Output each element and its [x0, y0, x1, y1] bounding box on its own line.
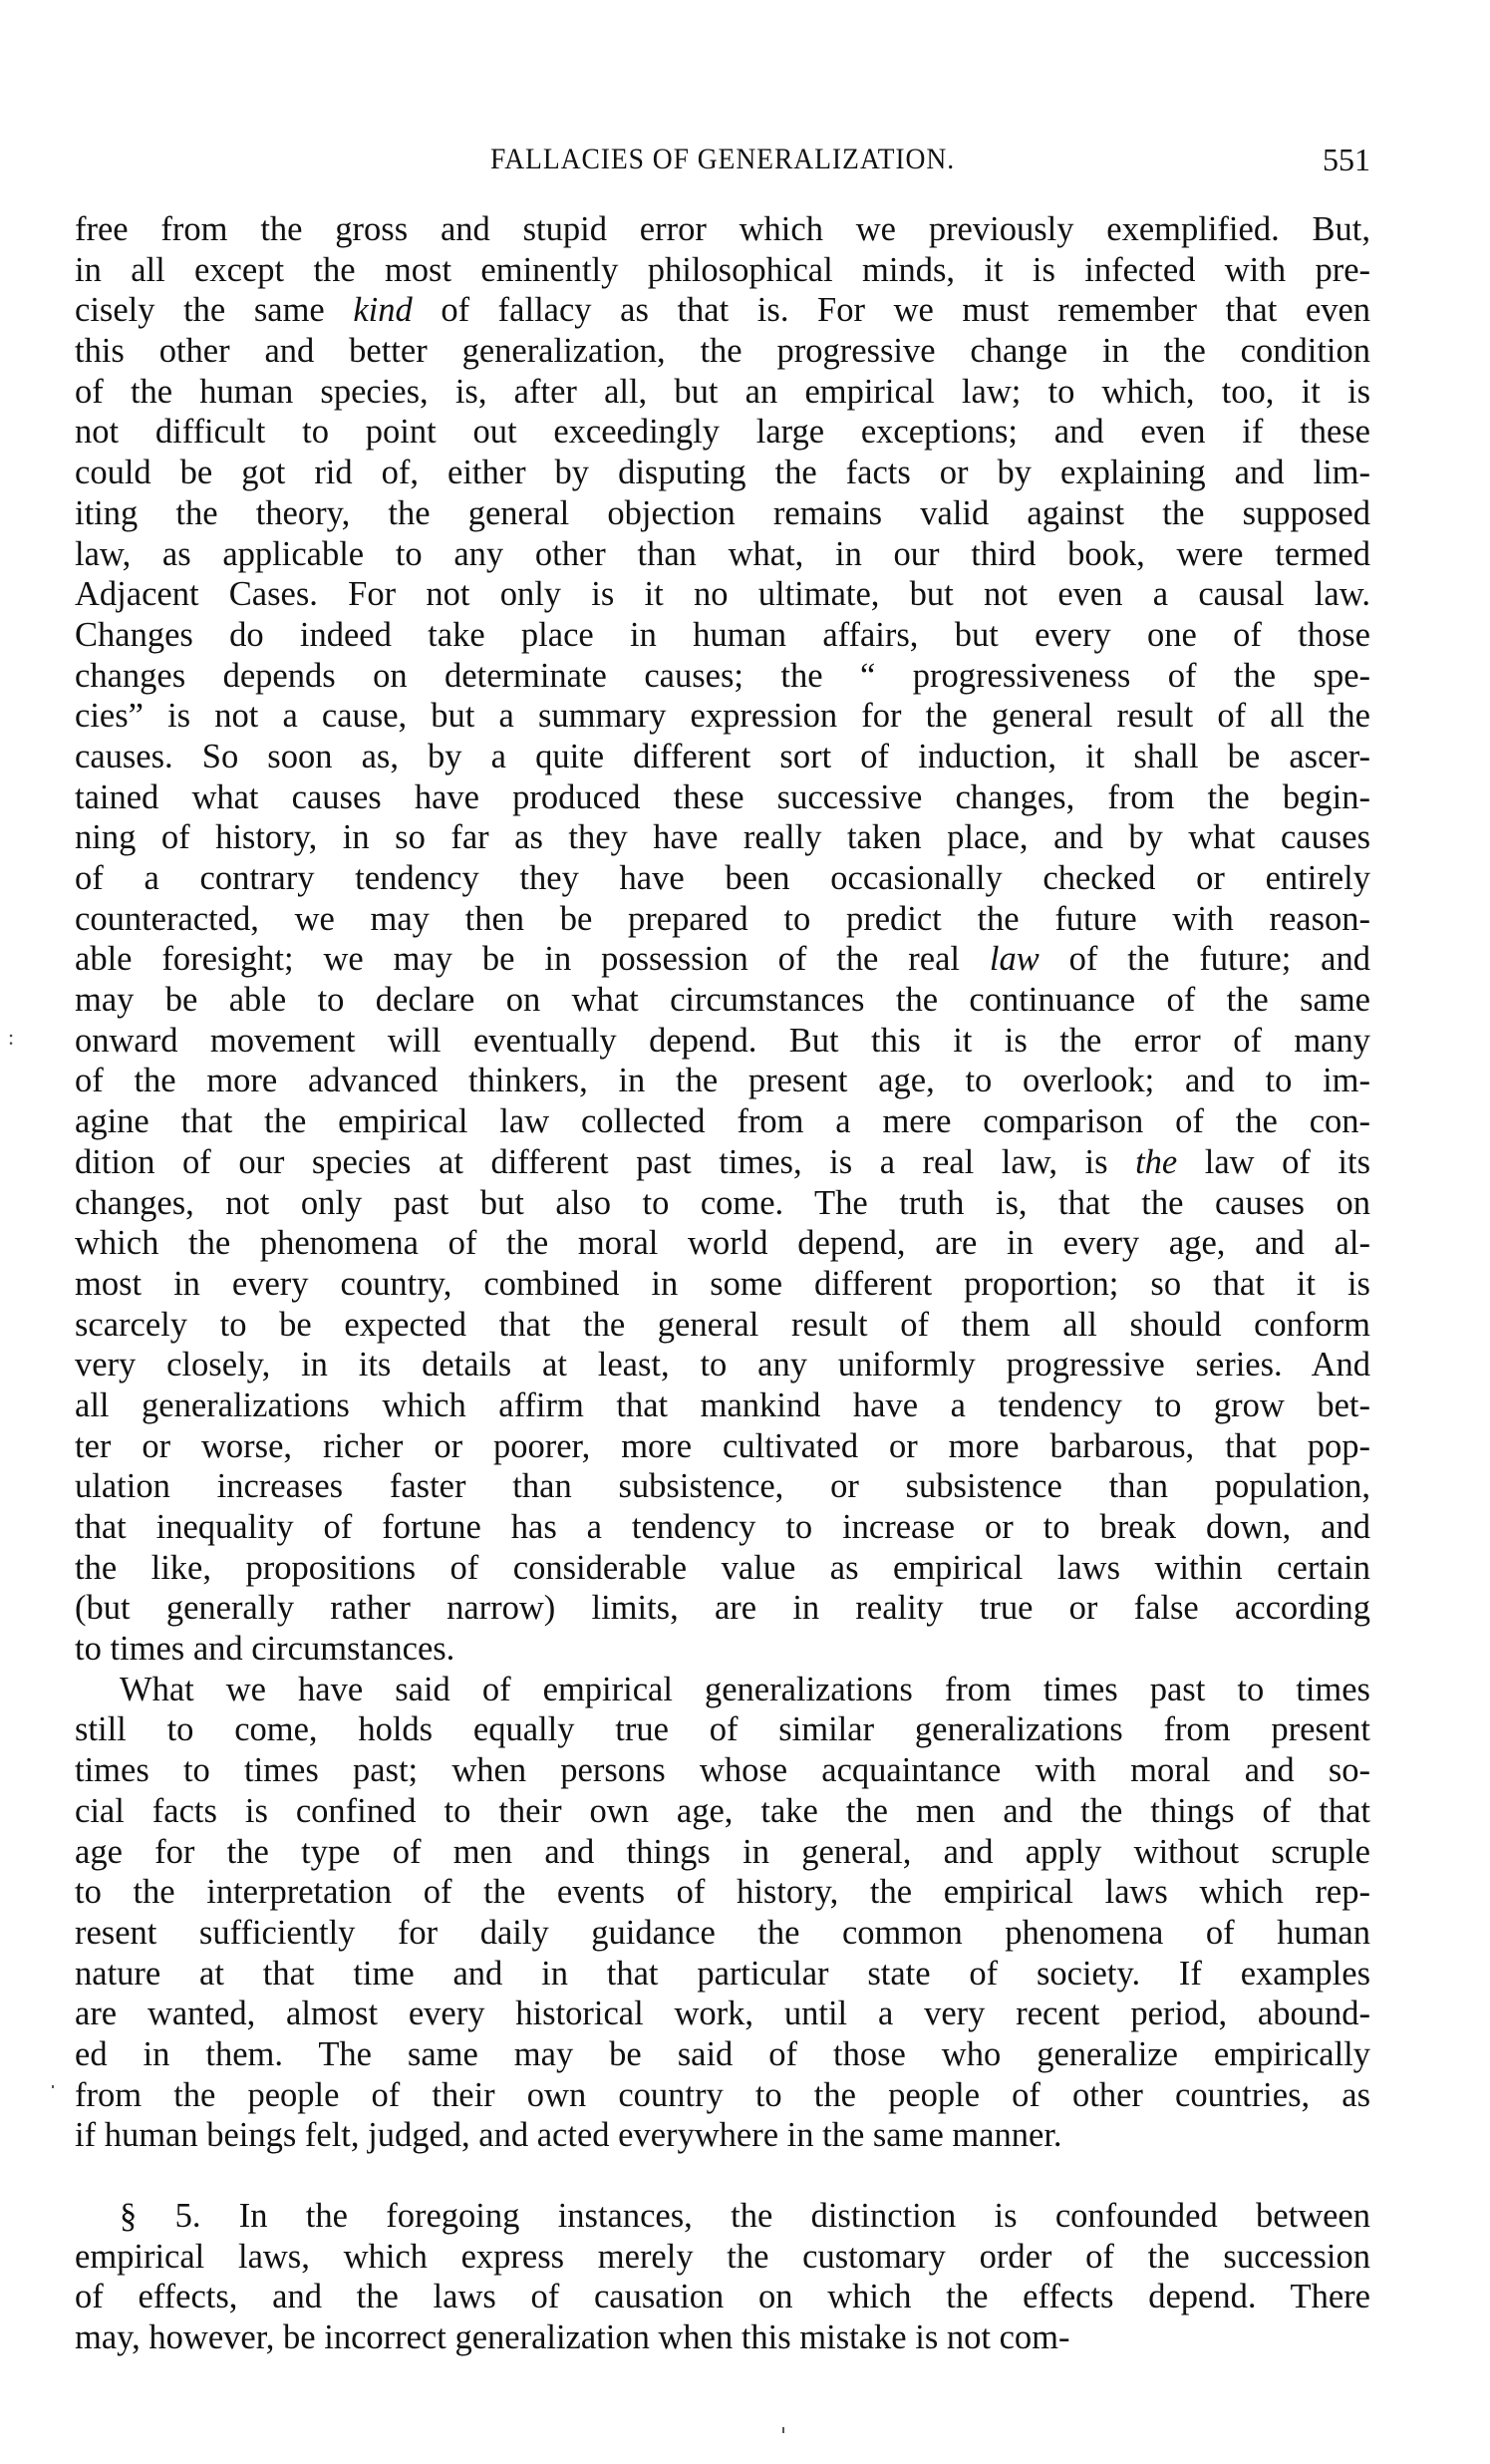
text-line: from the people of their own country to …: [75, 2075, 1370, 2116]
paragraph-section-5: § 5. In the foregoing instances, the dis…: [75, 2196, 1370, 2358]
text-line: still to come, holds equally true of sim…: [75, 1709, 1370, 1750]
text-line: nature at that time and in that particul…: [75, 1954, 1370, 1995]
text-line: cies” is not a cause, but a summary expr…: [75, 696, 1370, 737]
text-line: onward movement will eventually depend. …: [75, 1021, 1370, 1062]
text-line: scarcely to be expected that the general…: [75, 1305, 1370, 1346]
text-line: dition of our species at different past …: [75, 1142, 1370, 1183]
text-line: changes, not only past but also to come.…: [75, 1183, 1370, 1224]
text-line: this other and better generalization, th…: [75, 331, 1370, 372]
text-line: times to times past; when persons whose …: [75, 1750, 1370, 1791]
running-head: FALLACIES OF GENERALIZATION. 551: [75, 138, 1370, 181]
text-line: Changes do indeed take place in human af…: [75, 615, 1370, 656]
book-page: FALLACIES OF GENERALIZATION. 551 free fr…: [0, 0, 1490, 2464]
text-line: changes depends on determinate causes; t…: [75, 656, 1370, 697]
text-line: not difficult to point out exceedingly l…: [75, 412, 1370, 453]
text-line: of effects, and the laws of causation on…: [75, 2277, 1370, 2317]
text-line: are wanted, almost every historical work…: [75, 1994, 1370, 2034]
stray-mark: [782, 2427, 784, 2433]
text-line: cial facts is confined to their own age,…: [75, 1791, 1370, 1832]
text-line: of the human species, is, after all, but…: [75, 372, 1370, 413]
text-line: that inequality of fortune has a tendenc…: [75, 1507, 1370, 1548]
text-line: What we have said of empirical generaliz…: [75, 1670, 1370, 1710]
margin-mark: :: [8, 1027, 14, 1049]
text-line: tained what causes have produced these s…: [75, 777, 1370, 818]
text-line: if human beings felt, judged, and acted …: [75, 2115, 1370, 2156]
paragraph-empirical-generalizations: What we have said of empirical generaliz…: [75, 1670, 1370, 2156]
text-line: age for the type of men and things in ge…: [75, 1832, 1370, 1873]
text-line: ning of history, in so far as they have …: [75, 817, 1370, 858]
italic-emphasis: kind: [353, 291, 412, 329]
text-line: ed in them. The same may be said of thos…: [75, 2034, 1370, 2075]
text-line: agine that the empirical law collected f…: [75, 1101, 1370, 1142]
page-number: 551: [1323, 138, 1370, 181]
text-line: all generalizations which affirm that ma…: [75, 1386, 1370, 1426]
stray-mark: [52, 2085, 54, 2088]
text-line: which the phenomena of the moral world d…: [75, 1223, 1370, 1264]
text-line: ter or worse, richer or poorer, more cul…: [75, 1426, 1370, 1467]
text-line: Adjacent Cases. For not only is it no ul…: [75, 574, 1370, 615]
paragraph-continuation: free from the gross and stupid error whi…: [75, 209, 1370, 1670]
text-line: resent sufficiently for daily guidance t…: [75, 1913, 1370, 1954]
text-line: able foresight; we may be in possession …: [75, 939, 1370, 980]
text-line: in all except the most eminently philoso…: [75, 250, 1370, 291]
text-line: (but generally rather narrow) limits, ar…: [75, 1588, 1370, 1629]
text-line: of a contrary tendency they have been oc…: [75, 858, 1370, 899]
text-line: most in every country, combined in some …: [75, 1264, 1370, 1305]
italic-emphasis: the: [1135, 1143, 1177, 1181]
text-line: iting the theory, the general objection …: [75, 493, 1370, 534]
italic-emphasis: law: [990, 940, 1040, 978]
text-line: very closely, in its details at least, t…: [75, 1345, 1370, 1386]
text-line: empirical laws, which express merely the…: [75, 2237, 1370, 2278]
text-line: law, as applicable to any other than wha…: [75, 534, 1370, 575]
body-text: free from the gross and stupid error whi…: [75, 209, 1370, 2358]
text-line: could be got rid of, either by disputing…: [75, 453, 1370, 493]
text-line: cisely the same kind of fallacy as that …: [75, 290, 1370, 331]
text-line: counteracted, we may then be prepared to…: [75, 899, 1370, 940]
text-line: may, however, be incorrect generalizatio…: [75, 2317, 1370, 2358]
text-line: causes. So soon as, by a quite different…: [75, 737, 1370, 777]
text-line: free from the gross and stupid error whi…: [75, 209, 1370, 250]
text-line: to times and circumstances.: [75, 1629, 1370, 1670]
section-gap: [75, 2156, 1370, 2196]
text-line: to the interpretation of the events of h…: [75, 1872, 1370, 1913]
text-line: ulation increases faster than subsistenc…: [75, 1466, 1370, 1507]
text-line: may be able to declare on what circumsta…: [75, 980, 1370, 1021]
running-title: FALLACIES OF GENERALIZATION.: [127, 138, 1319, 181]
text-line: § 5. In the foregoing instances, the dis…: [75, 2196, 1370, 2237]
text-line: the like, propositions of considerable v…: [75, 1548, 1370, 1589]
text-line: of the more advanced thinkers, in the pr…: [75, 1061, 1370, 1101]
